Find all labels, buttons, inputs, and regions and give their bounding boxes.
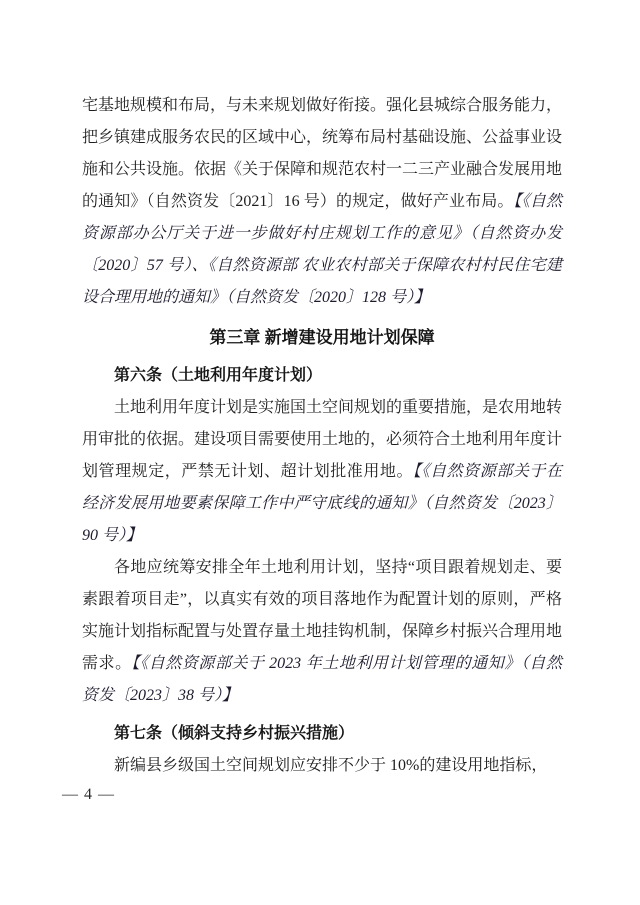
document-body: 宅基地规模和布局，与未来规划做好衔接。强化县城综合服务能力，把乡镇建成服务农民的… xyxy=(82,90,562,782)
regulation-citation: 【《自然资源部关于 2023 年土地利用计划管理的通知》（自然资发〔2023〕3… xyxy=(82,655,562,704)
article-6-paragraph-2: 各地应统筹安排全年土地利用计划，坚持“项目跟着规划走、要素跟着项目走”，以真实有… xyxy=(82,552,562,712)
article-7-heading: 第七条（倾斜支持乡村振兴措施） xyxy=(82,718,562,750)
paragraph-text: 宅基地规模和布局，与未来规划做好衔接。强化县城综合服务能力，把乡镇建成服务农民的… xyxy=(82,97,562,210)
continuation-paragraph: 宅基地规模和布局，与未来规划做好衔接。强化县城综合服务能力，把乡镇建成服务农民的… xyxy=(82,90,562,314)
chapter-heading: 第三章 新增建设用地计划保障 xyxy=(82,322,562,354)
article-6-heading: 第六条（土地利用年度计划） xyxy=(82,360,562,392)
paragraph-text: 新编县乡级国土空间规划应安排不少于 10%的建设用地指标， xyxy=(114,757,547,774)
document-page: 宅基地规模和布局，与未来规划做好衔接。强化县城综合服务能力，把乡镇建成服务农民的… xyxy=(0,0,640,905)
article-7-paragraph-1: 新编县乡级国土空间规划应安排不少于 10%的建设用地指标， xyxy=(82,750,562,782)
page-number: — 4 — xyxy=(62,779,115,811)
article-6-paragraph-1: 土地利用年度计划是实施国土空间规划的重要措施，是农用地转用审批的依据。建设项目需… xyxy=(82,392,562,552)
